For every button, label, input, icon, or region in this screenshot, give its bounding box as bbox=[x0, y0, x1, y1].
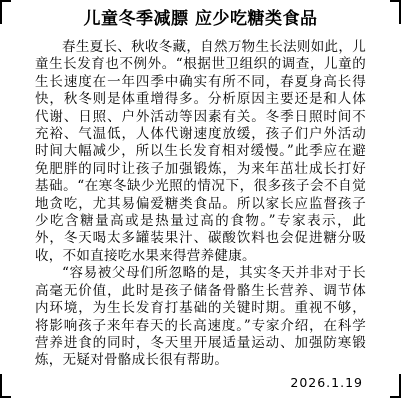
article-title: 儿童冬季减膘 应少吃糖类食品 bbox=[0, 0, 401, 30]
article-paragraph-2: “容易被父母们所忽略的是，其实冬天并非对于长高毫无价值，此时是孩子储备骨骼生长营… bbox=[35, 265, 366, 369]
article-body: 春生夏长、秋收冬藏，自然万物生长法则如此，儿童生长发育也不例外。“根据世卫组织的… bbox=[35, 39, 366, 370]
corner-mark-top-left bbox=[0, 0, 11, 24]
article-date: 2026.1.19 bbox=[290, 375, 363, 390]
document-page: 儿童冬季减膘 应少吃糖类食品 春生夏长、秋收冬藏，自然万物生长法则如此，儿童生长… bbox=[0, 0, 401, 398]
corner-mark-bottom-right bbox=[390, 374, 401, 398]
corner-mark-top-right bbox=[390, 0, 401, 24]
corner-mark-bottom-left bbox=[0, 374, 11, 398]
article-paragraph-1: 春生夏长、秋收冬藏，自然万物生长法则如此，儿童生长发育也不例外。“根据世卫组织的… bbox=[35, 39, 366, 265]
